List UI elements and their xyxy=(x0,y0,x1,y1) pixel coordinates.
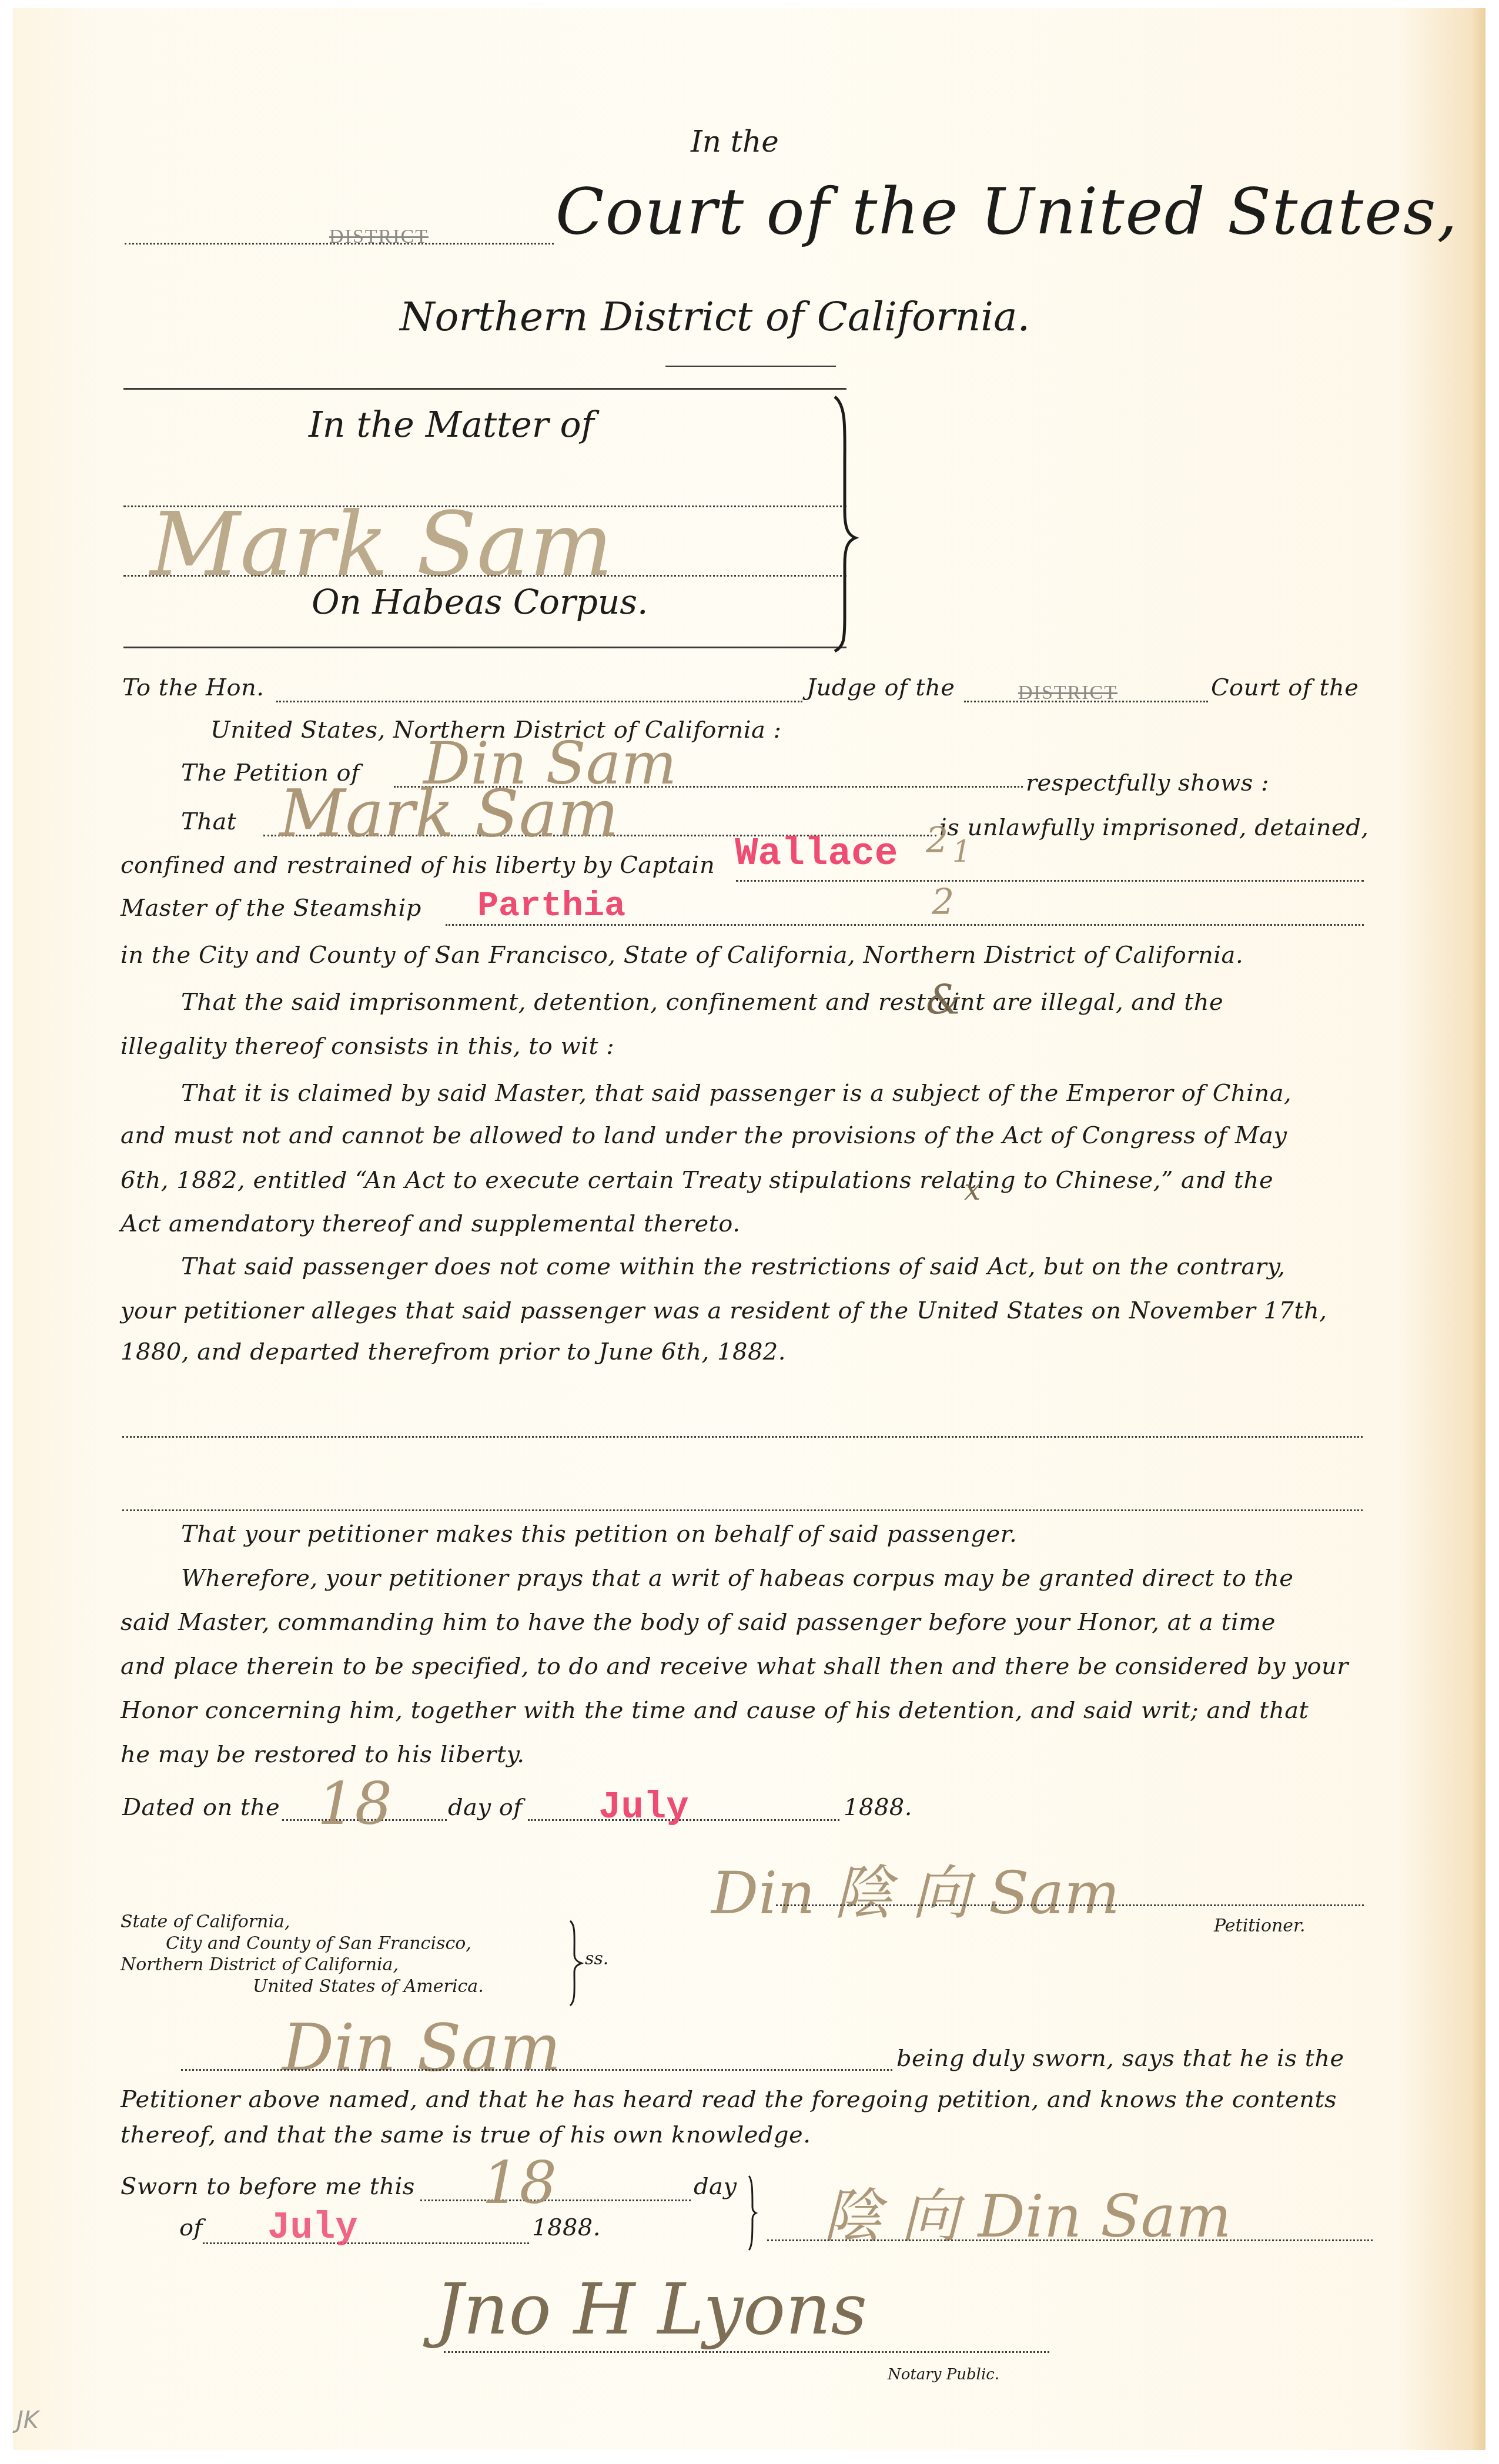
master-label: Master of the Steamship xyxy=(121,896,421,920)
city-line: in the City and County of San Francisco,… xyxy=(121,943,1243,967)
that-label: That xyxy=(181,810,236,833)
captain-name-stamp: Wallace xyxy=(735,832,898,876)
sworn-year: 1888. xyxy=(532,2216,601,2239)
on-habeas-corpus: On Habeas Corpus. xyxy=(312,582,648,622)
of-label: of xyxy=(179,2216,203,2239)
venue-line-3: Northern District of California, xyxy=(121,1956,399,1974)
margin-mark-3: 2 xyxy=(932,882,954,923)
bottom-left-initials: JK xyxy=(16,2407,39,2434)
sworn-brace-icon xyxy=(747,2175,758,2251)
claimed-para-line-3: 6th, 1882, entitled “An Act to execute c… xyxy=(121,1169,1273,1192)
claimed-para-line-1: That it is claimed by said Master, that … xyxy=(181,1082,1291,1105)
header-in-the: In the xyxy=(691,125,779,159)
matter-box-bottom-rule xyxy=(123,647,846,648)
wherefore-para-line-3: and place therein to be specified, to do… xyxy=(121,1655,1349,1678)
restrictions-para-line-1: That said passenger does not come within… xyxy=(181,1255,1285,1278)
passenger-name-signature: Mark Sam xyxy=(279,776,619,851)
petitioner-signature-line xyxy=(776,1904,1364,1906)
wherefore-para-line-2: said Master, commanding him to have the … xyxy=(121,1611,1276,1634)
claimed-para-line-2: and must not and cannot be allowed to la… xyxy=(121,1124,1287,1147)
notary-signature-line xyxy=(444,2351,1049,2353)
illegal-para-line-1: That the said imprisonment, detention, c… xyxy=(181,990,1223,1014)
petitioner-label: Petitioner. xyxy=(1214,1917,1306,1935)
confined-text: confined and restrained of his liberty b… xyxy=(121,853,715,877)
blank-line-1 xyxy=(122,1436,1363,1438)
to-the-hon-label: To the Hon. xyxy=(122,676,265,699)
sworn-text-line-1: being duly sworn, says that he is the xyxy=(896,2047,1344,2070)
sworn-text-line-2: Petitioner above named, and that he has … xyxy=(121,2088,1337,2111)
unlawfully-text: is unlawfully imprisoned, detained, xyxy=(939,816,1368,839)
affiant-name-line xyxy=(181,2069,892,2071)
matter-name-line-2 xyxy=(123,575,846,577)
margin-mark-1: 2 xyxy=(926,820,948,861)
notary-label: Notary Public. xyxy=(888,2366,999,2383)
sworn-day-handwritten: 18 xyxy=(482,2148,557,2217)
affiant-name-handwritten: Din Sam xyxy=(282,2010,561,2085)
judge-name-line[interactable] xyxy=(276,701,802,702)
venue-line-2: City and County of San Francisco, xyxy=(166,1935,471,1953)
respectfully-shows: respectfully shows : xyxy=(1026,771,1269,795)
header-ornament-rule xyxy=(665,366,836,367)
wherefore-para-line-4: Honor concerning him, together with the … xyxy=(121,1699,1309,1722)
dated-day-handwritten: 18 xyxy=(317,1769,392,1838)
sworn-text-line-3: thereof, and that the same is true of hi… xyxy=(121,2123,811,2147)
dated-label: Dated on the xyxy=(122,1796,280,1819)
restrictions-para-line-3: 1880, and departed therefrom prior to Ju… xyxy=(121,1340,786,1364)
captain-name-line xyxy=(736,880,1364,882)
in-the-matter-of: In the Matter of xyxy=(309,404,594,446)
petitioner-signature: Din 陰 向 Sam xyxy=(711,1846,1120,1930)
sworn-month-line xyxy=(203,2242,529,2244)
district-line: Northern District of California. xyxy=(400,294,1030,340)
behalf-para: That your petitioner makes this petition… xyxy=(181,1522,1017,1546)
matter-brace-icon xyxy=(832,394,861,652)
restrictions-para-line-2: your petitioner alleges that said passen… xyxy=(121,1299,1327,1323)
subject-name-signature: Mark Sam xyxy=(150,494,613,596)
day-label: day xyxy=(694,2175,737,2198)
sworn-month-stamp: July xyxy=(267,2207,358,2249)
wherefore-para-line-5: he may be restored to his liberty. xyxy=(121,1743,525,1766)
margin-mark-2: 1 xyxy=(952,835,971,869)
wherefore-para-line-1: Wherefore, your petitioner prays that a … xyxy=(181,1566,1294,1590)
court-title: Court of the United States, xyxy=(556,175,1458,249)
court-type-fill: DISTRICT xyxy=(1018,682,1117,704)
notary-signature: Jno H Lyons xyxy=(435,2269,867,2351)
dated-year: 1888. xyxy=(844,1796,912,1819)
dated-month-stamp: July xyxy=(598,1787,689,1829)
sworn-before-label: Sworn to before me this xyxy=(121,2175,415,2198)
stipulations-mark: x xyxy=(964,1173,981,1207)
illegal-para-line-2: illegality thereof consists in this, to … xyxy=(121,1035,614,1058)
venue-line-4: United States of America. xyxy=(253,1978,484,1996)
day-of-label: day of xyxy=(448,1796,523,1819)
claimed-para-line-4: Act amendatory thereof and supplemental … xyxy=(121,1212,740,1236)
matter-box-top-rule xyxy=(123,388,846,390)
affiant-signature-line xyxy=(767,2239,1373,2241)
ss-label: ss. xyxy=(585,1950,608,1968)
venue-brace-icon xyxy=(567,1919,585,2007)
venue-line-1: State of California, xyxy=(121,1913,290,1931)
blank-line-2 xyxy=(122,1509,1363,1511)
court-of-the-label: Court of the xyxy=(1211,676,1359,699)
judge-of-the-label: Judge of the xyxy=(807,676,955,699)
and-mark: & xyxy=(926,976,962,1024)
court-prefix-fill: DISTRICT xyxy=(329,226,429,248)
steamship-name-stamp: Parthia xyxy=(477,886,625,926)
